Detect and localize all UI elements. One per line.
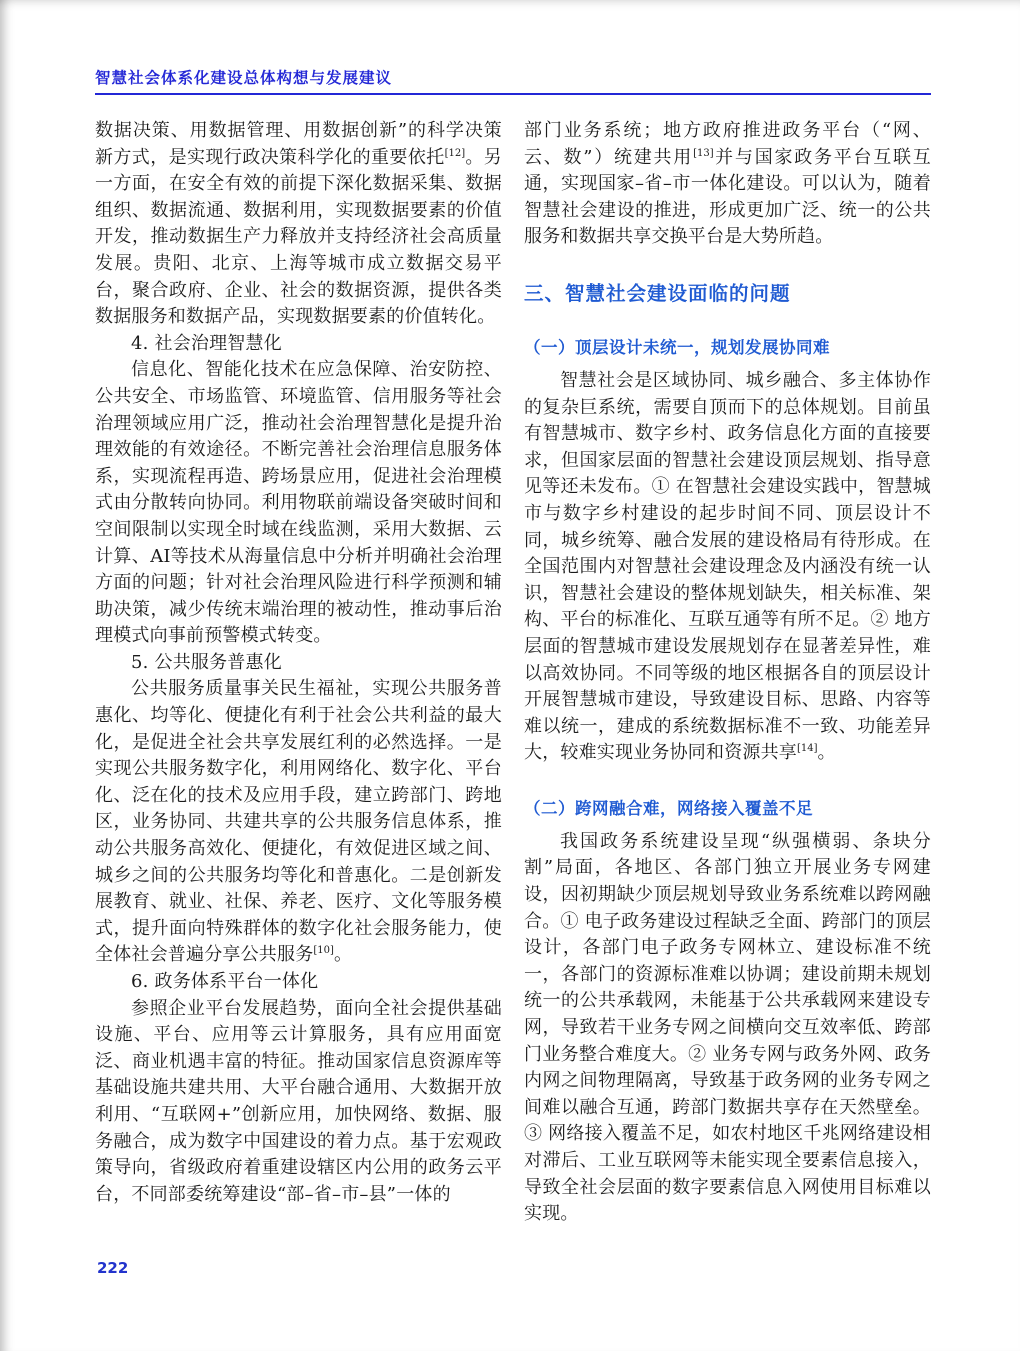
page-number: 222 bbox=[97, 1259, 128, 1277]
section-heading: 三、智慧社会建设面临的问题 bbox=[524, 282, 931, 306]
running-header: 智慧社会体系化建设总体构想与发展建议 bbox=[95, 68, 931, 95]
paragraph: 参照企业平台发展趋势，面向全社会提供基础设施、平台、应用等云计算服务，具有应用面… bbox=[95, 996, 502, 1209]
numbered-heading: 5. 公共服务普惠化 bbox=[95, 650, 502, 677]
two-column-body: 数据决策、用数据管理、用数据创新”的科学决策新方式，是实现行政决策科学化的重要依… bbox=[95, 118, 931, 1228]
paragraph: 数据决策、用数据管理、用数据创新”的科学决策新方式，是实现行政决策科学化的重要依… bbox=[95, 118, 502, 331]
numbered-heading: 6. 政务体系平台一体化 bbox=[95, 969, 502, 996]
subsection-heading: （一）顶层设计未统一，规划发展协同难 bbox=[524, 337, 931, 359]
numbered-heading: 4. 社会治理智慧化 bbox=[95, 331, 502, 358]
paragraph: 信息化、智能化技术在应急保障、治安防控、公共安全、市场监管、环境监管、信用服务等… bbox=[95, 357, 502, 650]
subsection-heading: （二）跨网融合难，网络接入覆盖不足 bbox=[524, 798, 931, 820]
left-column: 数据决策、用数据管理、用数据创新”的科学决策新方式，是实现行政决策科学化的重要依… bbox=[95, 118, 502, 1228]
paragraph: 智慧社会是区域协同、城乡融合、多主体协作的复杂巨系统，需要自顶而下的总体规划。目… bbox=[524, 368, 931, 767]
document-page: 智慧社会体系化建设总体构想与发展建议 数据决策、用数据管理、用数据创新”的科学决… bbox=[0, 0, 1020, 1351]
paragraph: 我国政务系统建设呈现“纵强横弱、条块分割”局面，各地区、各部门独立开展业务专网建… bbox=[524, 829, 931, 1228]
citation-ref: [13] bbox=[693, 148, 714, 159]
citation-ref: [14] bbox=[797, 743, 818, 754]
right-column: 部门业务系统；地方政府推进政务平台（“网、云、数”）统建共用[13]并与国家政务… bbox=[524, 118, 931, 1228]
citation-ref: [12] bbox=[445, 148, 466, 159]
citation-ref: [10] bbox=[313, 945, 334, 956]
paragraph: 部门业务系统；地方政府推进政务平台（“网、云、数”）统建共用[13]并与国家政务… bbox=[524, 118, 931, 251]
paragraph: 公共服务质量事关民生福祉，实现公共服务普惠化、均等化、便捷化有利于社会公共利益的… bbox=[95, 676, 502, 969]
